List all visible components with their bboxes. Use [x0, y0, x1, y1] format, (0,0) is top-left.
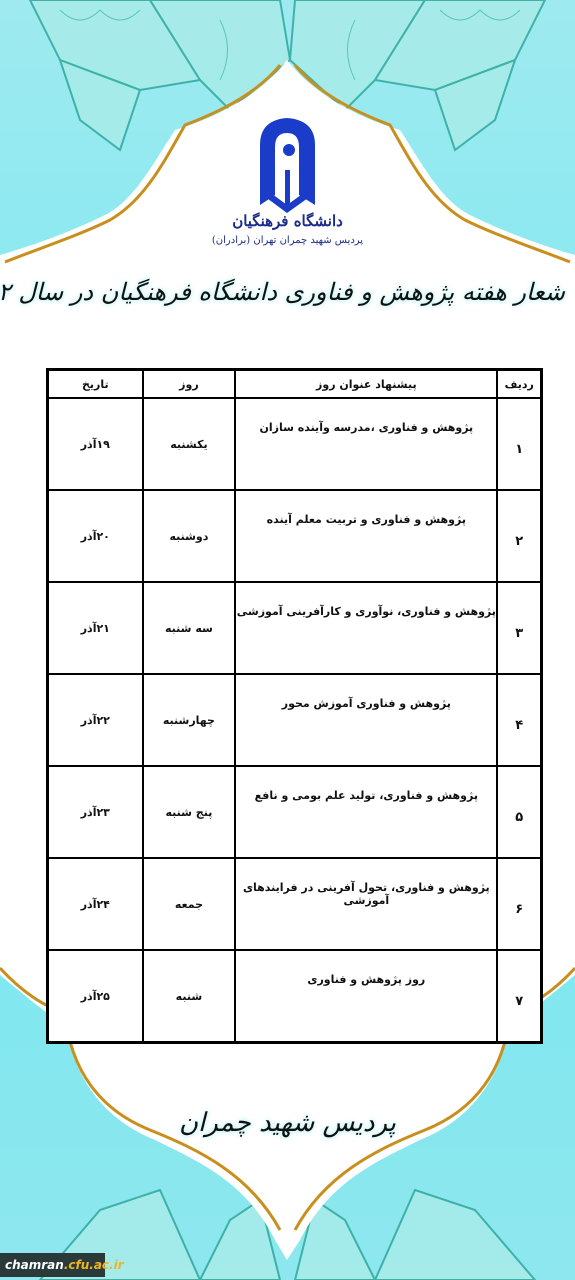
table-row: ۲ پژوهش و فناوری و تربیت معلم آینده دوشن… — [48, 490, 542, 582]
table-row: ۱ پژوهش و فناوری ،مدرسه وآینده سازان یکش… — [48, 398, 542, 490]
row-number: ۷ — [497, 950, 541, 1043]
day-title: پژوهش و فناوری و تربیت معلم آینده — [235, 490, 497, 582]
day-title: پژوهش و فناوری، نوآوری و کارآفرینی آموزش… — [235, 582, 497, 674]
date: ۲۱آذر — [48, 582, 143, 674]
university-emblem-icon — [255, 115, 320, 215]
date: ۱۹آذر — [48, 398, 143, 490]
table-row: ۷ روز پژوهش و فناوری شنبه ۲۵آذر — [48, 950, 542, 1043]
header-day: روز — [143, 370, 236, 399]
header-title: پیشنهاد عنوان روز — [235, 370, 497, 399]
watermark-prefix: chamran — [5, 1258, 64, 1272]
table-header-row: ردیف پیشنهاد عنوان روز روز تاریخ — [48, 370, 542, 399]
weekday: پنج شنبه — [143, 766, 236, 858]
weekday: دوشنبه — [143, 490, 236, 582]
row-number: ۱ — [497, 398, 541, 490]
header-date: تاریخ — [48, 370, 143, 399]
row-number: ۵ — [497, 766, 541, 858]
weekday: چهارشنبه — [143, 674, 236, 766]
table-row: ۵ پژوهش و فناوری، تولید علم بومی و نافع … — [48, 766, 542, 858]
weekday: یکشنبه — [143, 398, 236, 490]
research-week-schedule-table: ردیف پیشنهاد عنوان روز روز تاریخ ۱ پژوهش… — [46, 368, 543, 1044]
weekday: جمعه — [143, 858, 236, 950]
date: ۲۰آذر — [48, 490, 143, 582]
header-row-number: ردیف — [497, 370, 541, 399]
campus-footer-title: پردیس شهید چمران — [0, 1108, 575, 1138]
row-number: ۲ — [497, 490, 541, 582]
day-title: روز پژوهش و فناوری — [235, 950, 497, 1043]
day-title: پژوهش و فناوری، تحول آفرینی در فرایندهای… — [235, 858, 497, 950]
date: ۲۲آذر — [48, 674, 143, 766]
row-number: ۶ — [497, 858, 541, 950]
date: ۲۳آذر — [48, 766, 143, 858]
day-title: پژوهش و فناوری، تولید علم بومی و نافع — [235, 766, 497, 858]
website-watermark: chamran.cfu.ac.ir — [0, 1253, 105, 1277]
row-number: ۳ — [497, 582, 541, 674]
table-row: ۳ پژوهش و فناوری، نوآوری و کارآفرینی آمو… — [48, 582, 542, 674]
date: ۲۴آذر — [48, 858, 143, 950]
campus-name: پردیس شهید چمران تهران (برادران) — [0, 235, 575, 246]
watermark-domain: .cfu.ac.ir — [64, 1258, 124, 1272]
weekday: شنبه — [143, 950, 236, 1043]
date: ۲۵آذر — [48, 950, 143, 1043]
row-number: ۴ — [497, 674, 541, 766]
table-row: ۶ پژوهش و فناوری، تحول آفرینی در فراینده… — [48, 858, 542, 950]
table-row: ۴ پژوهش و فناوری آموزش محور چهارشنبه ۲۲آ… — [48, 674, 542, 766]
page-title: شعار هفته پژوهش و فناوری دانشگاه فرهنگیا… — [10, 278, 565, 306]
weekday: سه شنبه — [143, 582, 236, 674]
day-title: پژوهش و فناوری ،مدرسه وآینده سازان — [235, 398, 497, 490]
university-name: دانشگاه فرهنگیان — [0, 212, 575, 230]
day-title: پژوهش و فناوری آموزش محور — [235, 674, 497, 766]
